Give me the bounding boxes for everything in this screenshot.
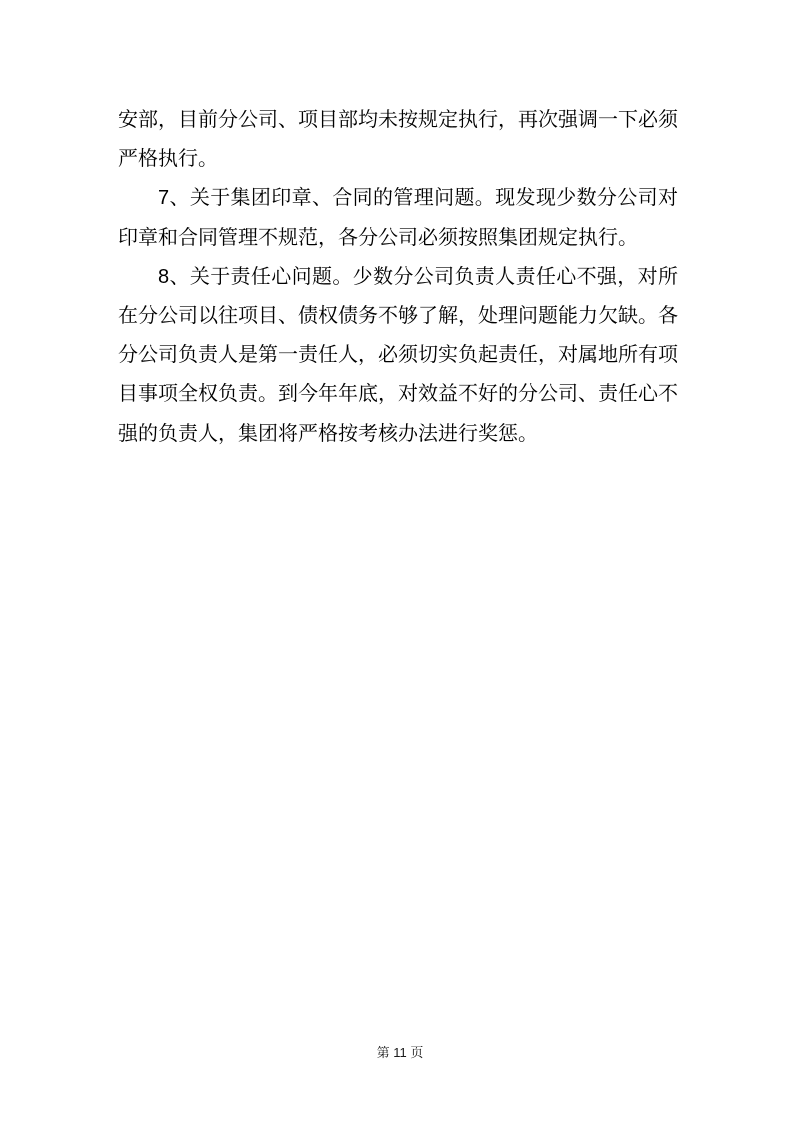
paragraph-item-7: 7、关于集团印章、合同的管理问题。现发现少数分公司对印章和合同管理不规范，各分公… xyxy=(118,179,678,257)
document-body: 安部，目前分公司、项目部均未按规定执行，再次强调一下必须严格执行。 7、关于集团… xyxy=(118,101,678,454)
paragraph-item-8: 8、关于责任心问题。少数分公司负责人责任心不强，对所在分公司以往项目、债权债务不… xyxy=(118,258,678,454)
document-page: 安部，目前分公司、项目部均未按规定执行，再次强调一下必须严格执行。 7、关于集团… xyxy=(0,0,800,1131)
paragraph-continuation: 安部，目前分公司、项目部均未按规定执行，再次强调一下必须严格执行。 xyxy=(118,101,678,179)
page-number: 第 11 页 xyxy=(377,1045,424,1060)
page-footer: 第 11 页 xyxy=(0,1044,800,1062)
